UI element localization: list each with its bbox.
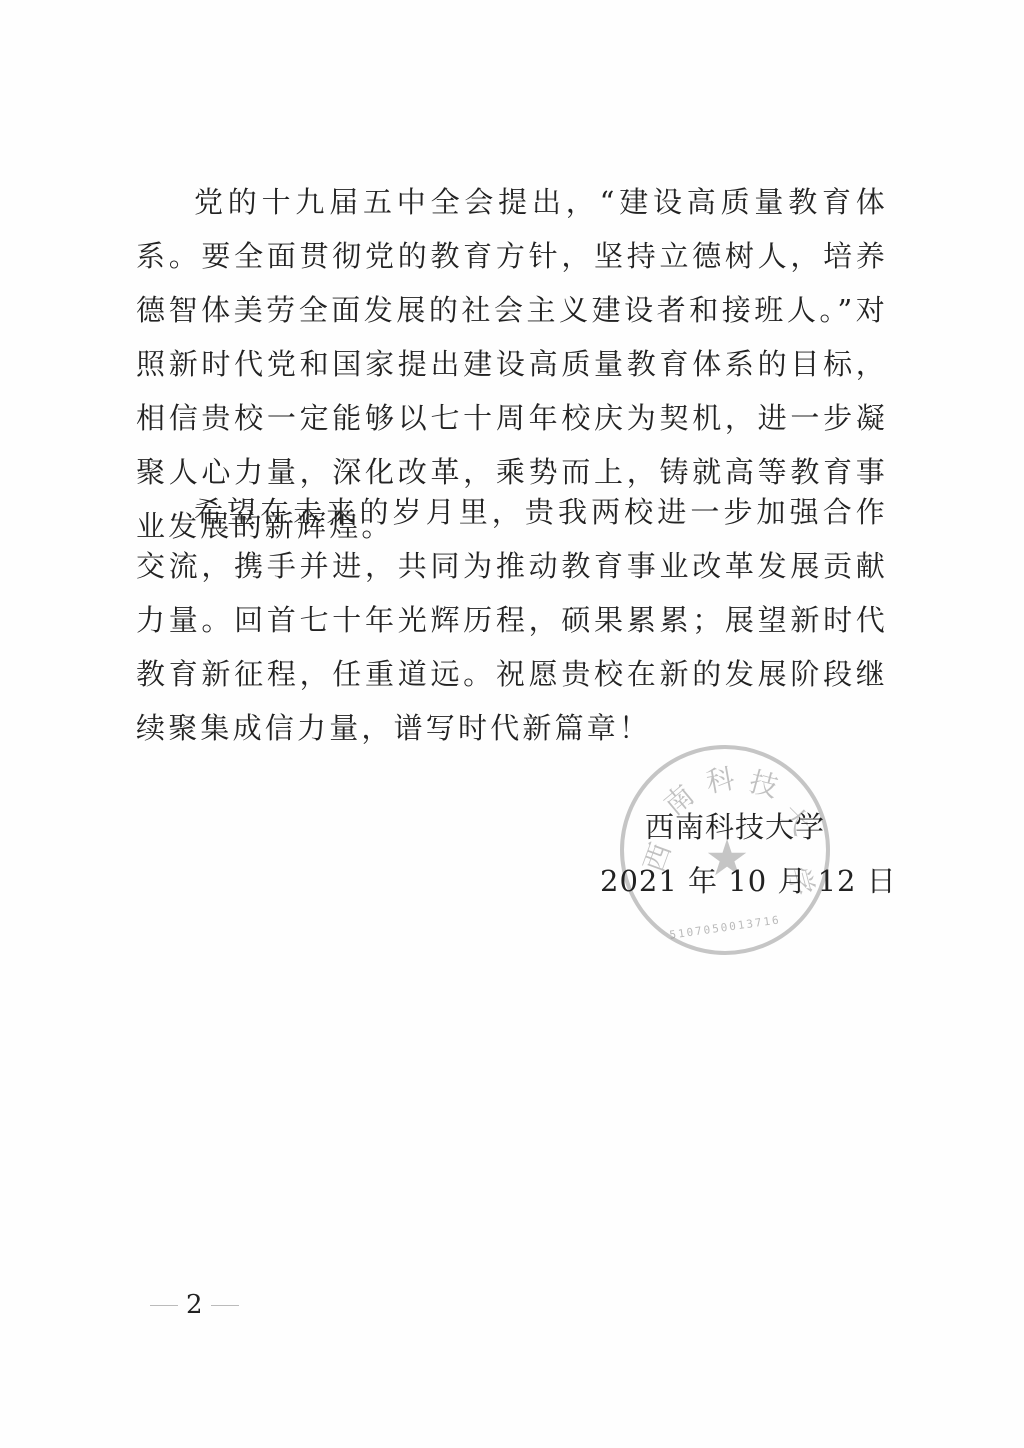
signing-organization: 西南科技大学 xyxy=(600,800,840,854)
footer-dash-right xyxy=(211,1305,239,1306)
signing-date: 2021 年 10 月 12 日 xyxy=(600,854,840,908)
page-footer: 2 xyxy=(150,1290,239,1320)
signature-block: 西南科技大学 2021 年 10 月 12 日 xyxy=(600,800,840,908)
paragraph-2: 希望在未来的岁月里，贵我两校进一步加强合作交流，携手并进，共同为推动教育事业改革… xyxy=(136,485,888,755)
document-page: 党的十九届五中全会提出，“建设高质量教育体系。要全面贯彻党的教育方针，坚持立德树… xyxy=(0,0,1024,1448)
page-number: 2 xyxy=(186,1290,203,1320)
footer-dash-left xyxy=(150,1305,178,1306)
seal-serial: 5107050013716 xyxy=(669,913,782,941)
seal-char: 科 xyxy=(703,757,738,801)
